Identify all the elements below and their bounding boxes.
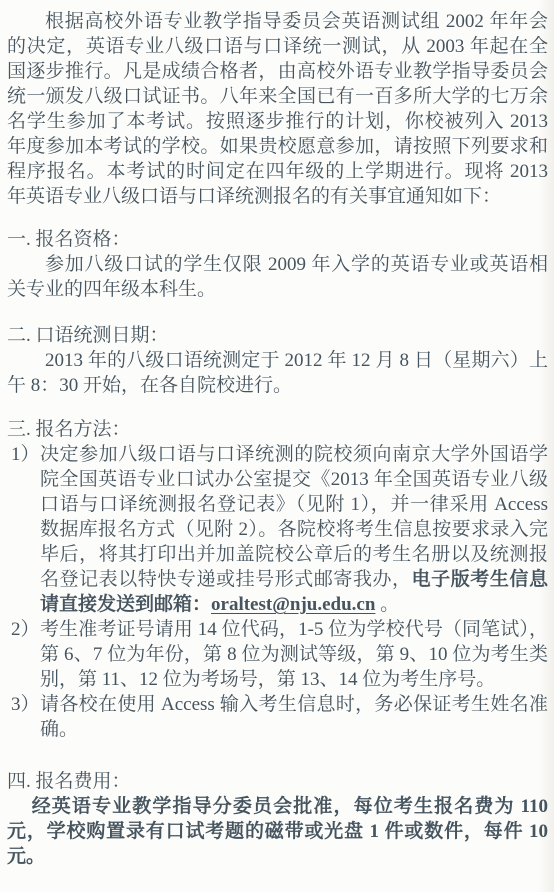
section-test-date: 二. 口语统测日期： 2013 年的八级口语统测定于 2012 年 12 月 8… bbox=[7, 323, 548, 398]
method-item-2-text: 考生准考证号请用 14 位代码，1-5 位为学校代号（同笔试），第 6、7 位为… bbox=[40, 619, 548, 690]
section-eligibility-heading: 一. 报名资格： bbox=[7, 227, 548, 252]
method-item-2: 2）考生准考证号请用 14 位代码，1-5 位为学校代号（同笔试），第 6、7 … bbox=[7, 617, 548, 692]
section-test-date-body: 2013 年的八级口语统测定于 2012 年 12 月 8 日（星期六）上午 8… bbox=[7, 348, 548, 398]
method-item-3-text: 请各校在使用 Access 输入考生信息时，务必保证考生姓名准确。 bbox=[40, 694, 548, 740]
method-item-3-marker: 3） bbox=[11, 692, 40, 717]
method-item-1-tail: 。 bbox=[375, 594, 399, 615]
method-item-1-marker: 1） bbox=[11, 442, 40, 467]
method-item-1: 1）决定参加八级口语与口译统测的院校须向南京大学外国语学院全国英语专业口试办公室… bbox=[7, 442, 548, 617]
document-page: 根据高校外语专业教学指导委员会英语测试组 2002 年年会的决定，英语专业八级口… bbox=[0, 0, 554, 892]
section-registration-method-heading: 三. 报名方法： bbox=[7, 417, 548, 442]
section-eligibility: 一. 报名资格： 参加八级口试的学生仅限 2009 年入学的英语专业或英语相关专… bbox=[7, 227, 548, 302]
section-registration-method: 三. 报名方法： 1）决定参加八级口语与口译统测的院校须向南京大学外国语学院全国… bbox=[7, 417, 548, 742]
section-fees: 四. 报名费用： 经英语专业教学指导分委员会批准，每位考生报名费为 110 元，… bbox=[7, 769, 548, 869]
section-eligibility-body: 参加八级口试的学生仅限 2009 年入学的英语专业或英语相关专业的四年级本科生。 bbox=[7, 252, 548, 302]
method-item-3: 3）请各校在使用 Access 输入考生信息时，务必保证考生姓名准确。 bbox=[7, 692, 548, 742]
section-fees-heading: 四. 报名费用： bbox=[7, 769, 548, 794]
method-item-2-marker: 2） bbox=[11, 617, 40, 642]
section-test-date-heading: 二. 口语统测日期： bbox=[7, 323, 548, 348]
intro-paragraph: 根据高校外语专业教学指导委员会英语测试组 2002 年年会的决定，英语专业八级口… bbox=[7, 9, 548, 209]
section-fees-body: 经英语专业教学指导分委员会批准，每位考生报名费为 110 元，学校购置录有口试考… bbox=[7, 794, 548, 869]
email-address: oraltest@nju.edu.cn bbox=[211, 594, 375, 615]
